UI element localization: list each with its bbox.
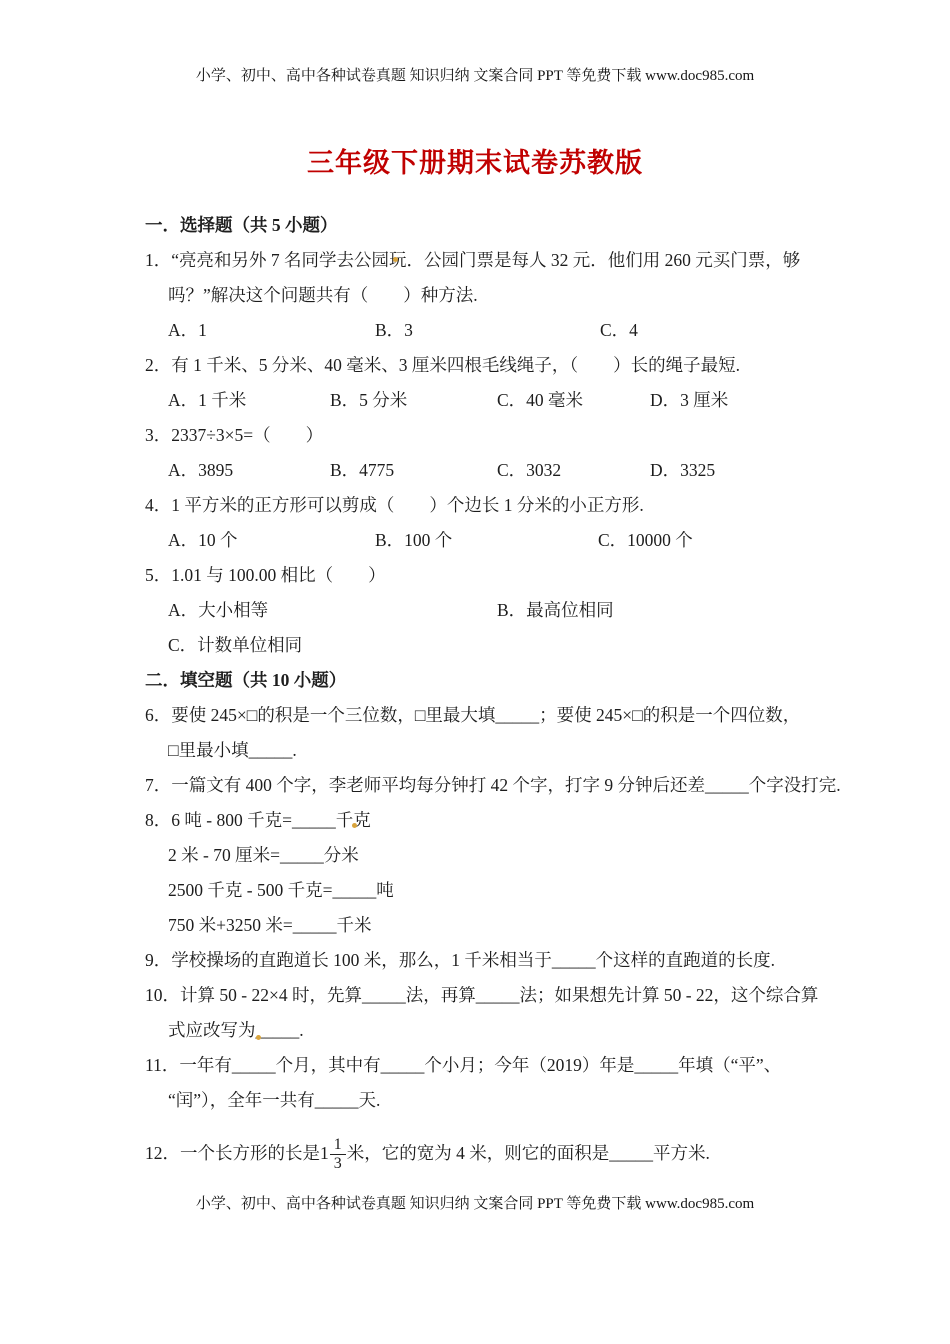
question-12-text-after: 米，它的宽为 4 米，则它的面积是_____平方米. xyxy=(347,1143,710,1163)
question-9-line-1: 9．学校操场的直跑道长 100 米，那么，1 千米相当于_____个这样的直跑道… xyxy=(145,943,857,978)
question-12-line: 12．一个长方形的长是113米，它的宽为 4 米，则它的面积是_____平方米. xyxy=(145,1122,857,1184)
exam-body: 一．选择题（共 5 小题） 1．“亮亮和另外 7 名同学去公园玩．公园门票是每人… xyxy=(145,208,857,1184)
option-4-c: C．10000 个 xyxy=(598,523,693,558)
question-6-line-1: 6．要使 245×□的积是一个三位数，□里最大填_____；要使 245×□的积… xyxy=(145,698,857,733)
question-8-line-1: 8．6 吨 - 800 千克=_____千克 xyxy=(145,803,857,838)
fraction-denominator: 3 xyxy=(330,1154,346,1173)
header-watermark: 小学、初中、高中各种试卷真题 知识归纳 文案合同 PPT 等免费下载 www.d… xyxy=(0,64,950,85)
option-5-a: A．大小相等 xyxy=(168,593,497,628)
annotation-dot xyxy=(393,257,398,262)
question-3-line-1: 3．2337÷3×5=（ ） xyxy=(145,418,857,453)
question-12-text-before: 12．一个长方形的长是1 xyxy=(145,1143,329,1163)
question-2-options: A．1 千米 B．5 分米 C．40 毫米 D．3 厘米 xyxy=(145,383,857,418)
question-2-line-1: 2．有 1 千米、5 分米、40 毫米、3 厘米四根毛线绳子，（ ）长的绳子最短… xyxy=(145,348,857,383)
option-5-c: C．计数单位相同 xyxy=(168,628,302,663)
question-11-line-1: 11．一年有_____个月，其中有_____个小月；今年（2019）年是____… xyxy=(145,1048,857,1083)
question-1-options: A．1 B．3 C．4 xyxy=(145,313,857,348)
fraction-one-third: 13 xyxy=(330,1137,346,1174)
question-5-options-row-1: A．大小相等 B．最高位相同 xyxy=(145,593,857,628)
question-6-line-2: □里最小填_____. xyxy=(145,733,857,768)
question-3-options: A．3895 B．4775 C．3032 D．3325 xyxy=(145,453,857,488)
option-2-b: B．5 分米 xyxy=(330,383,497,418)
option-4-a: A．10 个 xyxy=(168,523,375,558)
annotation-dot xyxy=(256,1035,261,1040)
section-1-heading: 一．选择题（共 5 小题） xyxy=(145,208,857,243)
question-4-options: A．10 个 B．100 个 C．10000 个 xyxy=(145,523,857,558)
option-2-d: D．3 厘米 xyxy=(650,383,728,418)
footer-watermark: 小学、初中、高中各种试卷真题 知识归纳 文案合同 PPT 等免费下载 www.d… xyxy=(0,1192,950,1213)
question-10-line-2: 式应改写为_____. xyxy=(145,1013,857,1048)
option-1-a: A．1 xyxy=(168,313,375,348)
question-11-line-2: “闰”），全年一共有_____天. xyxy=(145,1083,857,1118)
question-8-line-2: 2 米 - 70 厘米=_____分米 xyxy=(145,838,857,873)
question-10-line-1: 10．计算 50 - 22×4 时，先算_____法，再算_____法；如果想先… xyxy=(145,978,857,1013)
option-1-c: C．4 xyxy=(600,313,638,348)
option-1-b: B．3 xyxy=(375,313,600,348)
question-5-line-1: 5．1.01 与 100.00 相比（ ） xyxy=(145,558,857,593)
exam-document-page: 小学、初中、高中各种试卷真题 知识归纳 文案合同 PPT 等免费下载 www.d… xyxy=(0,0,950,1344)
question-4-line-1: 4．1 平方米的正方形可以剪成（ ）个边长 1 分米的小正方形. xyxy=(145,488,857,523)
fraction-numerator: 1 xyxy=(330,1137,346,1155)
option-5-b: B．最高位相同 xyxy=(497,593,614,628)
question-8-line-4: 750 米+3250 米=_____千米 xyxy=(145,908,857,943)
question-5-options-row-2: C．计数单位相同 xyxy=(145,628,857,663)
option-3-d: D．3325 xyxy=(650,453,715,488)
option-4-b: B．100 个 xyxy=(375,523,598,558)
question-8-line-3: 2500 千克 - 500 千克=_____吨 xyxy=(145,873,857,908)
annotation-dot xyxy=(352,823,357,828)
option-2-c: C．40 毫米 xyxy=(497,383,650,418)
option-2-a: A．1 千米 xyxy=(168,383,330,418)
option-3-a: A．3895 xyxy=(168,453,330,488)
option-3-b: B．4775 xyxy=(330,453,497,488)
question-7-line-1: 7．一篇文有 400 个字，李老师平均每分钟打 42 个字，打字 9 分钟后还差… xyxy=(145,768,857,803)
question-1-line-2: 吗？”解决这个问题共有（ ）种方法. xyxy=(145,278,857,313)
option-3-c: C．3032 xyxy=(497,453,650,488)
question-1-line-1: 1．“亮亮和另外 7 名同学去公园玩．公园门票是每人 32 元．他们用 260 … xyxy=(145,243,857,278)
section-2-heading: 二．填空题（共 10 小题） xyxy=(145,663,857,698)
exam-title: 三年级下册期末试卷苏教版 xyxy=(0,141,950,180)
